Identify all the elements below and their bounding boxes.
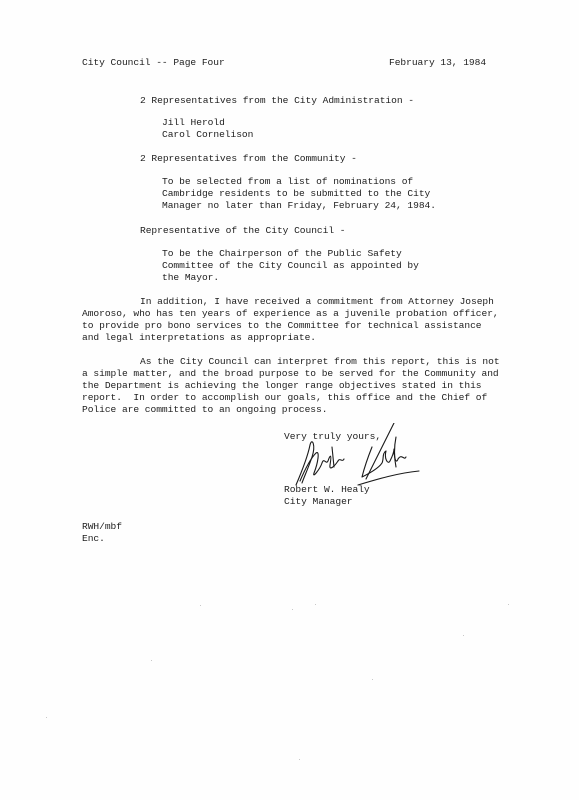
paragraph-1-line-3: to provide pro bono services to the Comm… (82, 320, 482, 332)
community-text-line-3: Manager no later than Friday, February 2… (162, 200, 436, 212)
administration-rep-2: Carol Cornelison (162, 129, 253, 141)
paragraph-2-line-4: report. In order to accomplish our goals… (82, 392, 487, 404)
signer-name: Robert W. Healy (284, 484, 370, 496)
paragraph-2-line-1: As the City Council can interpret from t… (140, 356, 500, 368)
document-page: City Council -- Page Four February 13, 1… (0, 0, 579, 800)
section-heading-council: Representative of the City Council - (140, 225, 345, 237)
section-heading-community: 2 Representatives from the Community - (140, 153, 357, 165)
paragraph-2-line-5: Police are committed to an ongoing proce… (82, 404, 327, 416)
scan-speck (292, 609, 293, 610)
header-left: City Council -- Page Four (82, 57, 225, 69)
scan-speck (463, 635, 464, 636)
signer-title: City Manager (284, 496, 353, 508)
paragraph-2-line-2: a simple matter, and the broad purpose t… (82, 368, 499, 380)
enclosure-note: Enc. (82, 533, 105, 545)
typist-initials: RWH/mbf (82, 521, 122, 533)
header-date: February 13, 1984 (389, 57, 486, 69)
community-text-line-1: To be selected from a list of nomination… (162, 176, 413, 188)
scan-speck (372, 679, 373, 680)
community-text-line-2: Cambridge residents to be submitted to t… (162, 188, 430, 200)
scan-speck (315, 604, 316, 605)
scan-speck (151, 660, 152, 661)
scan-speck (46, 717, 47, 718)
paragraph-1-line-4: and legal interpretations as appropriate… (82, 332, 316, 344)
scan-speck (299, 759, 300, 760)
administration-rep-1: Jill Herold (162, 117, 225, 129)
section-heading-administration: 2 Representatives from the City Administ… (140, 95, 414, 107)
council-text-line-2: Committee of the City Council as appoint… (162, 260, 419, 272)
scan-speck (200, 605, 201, 606)
scan-speck (508, 604, 509, 605)
paragraph-1-line-2: Amoroso, who has ten years of experience… (82, 308, 499, 320)
council-text-line-3: the Mayor. (162, 272, 219, 284)
council-text-line-1: To be the Chairperson of the Public Safe… (162, 248, 402, 260)
paragraph-2-line-3: the Department is achieving the longer r… (82, 380, 482, 392)
paragraph-1-line-1: In addition, I have received a commitmen… (140, 296, 494, 308)
